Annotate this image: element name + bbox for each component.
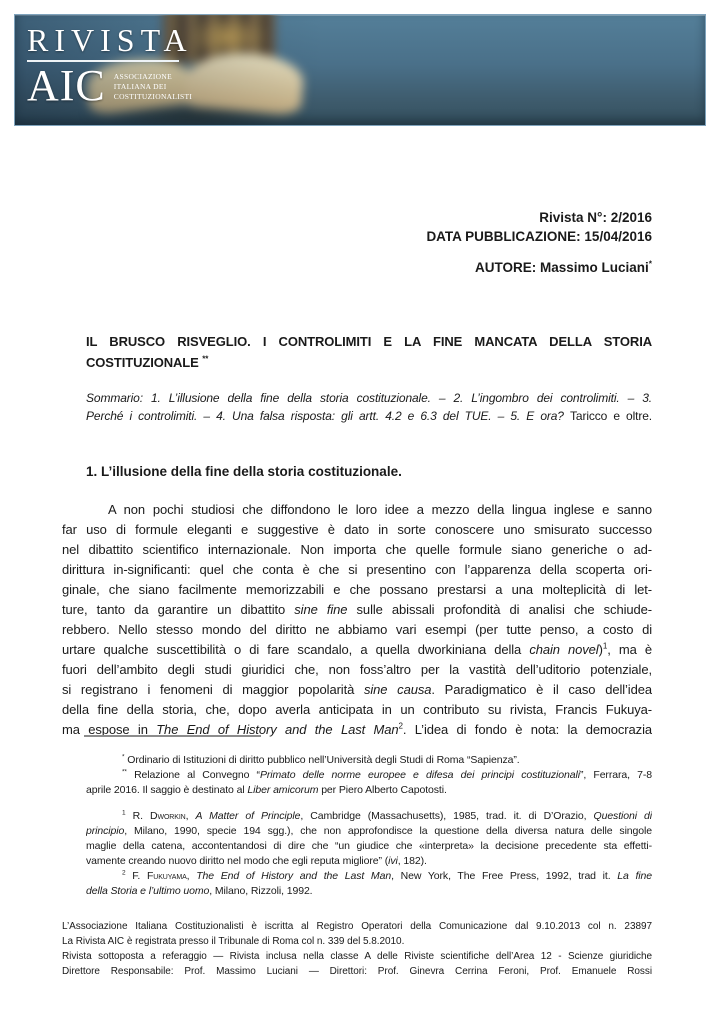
issue-number: Rivista N°: 2/2016 [62,208,652,227]
logo-association-name: ASSOCIAZIONE ITALIANA DEI COSTITUZIONALI… [114,72,192,102]
text-segment: Questioni di [594,810,652,822]
text-segment: Liber amicorum [247,784,318,796]
text-line: * Ordinario di Istituzioni di diritto pu… [86,753,652,768]
text-line: L’Associazione Italiana Costituzionalist… [62,919,652,934]
logo-row: AIC ASSOCIAZIONE ITALIANA DEI COSTITUZIO… [27,66,193,106]
publication-date: DATA PUBBLICAZIONE: 15/04/2016 [62,227,652,246]
text-line: si registrano i fenomeni di maggior popo… [62,680,652,700]
text-segment: principio [86,825,124,837]
text-segment: ginale, che siano facilmente memorizzabi… [62,582,652,597]
text-segment: nel dibattito scientifico internazionale… [62,542,652,557]
logo-journal-name: RIVISTA [27,23,193,57]
logo-acronym: AIC [27,66,106,106]
text-line: maglie della catena, accontentandosi di … [86,839,652,854]
journal-banner: RIVISTA AIC ASSOCIAZIONE ITALIANA DEI CO… [14,14,706,126]
footnote-double-star: ** Relazione al Convegno “Primato delle … [86,768,652,798]
association-line: COSTITUZIONALISTI [114,92,192,102]
text-segment: R. [126,810,150,822]
document-page: RIVISTA AIC ASSOCIAZIONE ITALIANA DEI CO… [0,0,724,1024]
text-line: Sommario: 1. L’illusione della fine dell… [86,389,652,407]
text-line: ma espose in The End of History and the … [62,720,652,740]
text-line: 1 R. Dworkin, A Matter of Principle, Cam… [86,809,652,824]
text-line: IL BRUSCO RISVEGLIO. I CONTROLIMITI E LA… [86,331,652,352]
footnote-separator [84,735,261,737]
text-segment: The End of History and the Last Man [196,870,391,882]
text-line: Rivista sottoposta a referaggio — Rivist… [62,949,652,964]
text-segment: , [187,870,197,882]
association-line: ITALIANA DEI [114,82,192,92]
text-segment: far uso di formule eleganti e suggestive… [62,522,652,537]
text-segment: dirittura in-significanti: quel che cont… [62,562,652,577]
text-segment: , 182). [398,855,427,867]
text-segment: ture, tanto da garantire un dibattito [62,602,294,617]
text-segment: Fukuyama [147,870,187,882]
text-segment: , [186,810,196,822]
text-segment: A Matter of Principle [196,810,301,822]
text-line: della fine della storia, che, dopo averl… [62,700,652,720]
text-line: ture, tanto da garantire un dibattito si… [62,600,652,620]
text-segment: , ma è [607,642,652,657]
association-line: ASSOCIAZIONE [114,72,192,82]
journal-logo: RIVISTA AIC ASSOCIAZIONE ITALIANA DEI CO… [27,23,193,106]
text-segment: ”, Ferrara, 7-8 [580,769,652,781]
section-heading: 1. L’illusione della fine della storia c… [86,463,652,480]
text-segment: Dworkin [150,810,186,822]
text-segment: L’Associazione Italiana Costituzionalist… [62,921,652,932]
text-segment: Taricco e oltre. [570,409,652,423]
text-segment: La Rivista AIC è registrata presso il Tr… [62,936,404,947]
text-line: della Storia e l’ultimo uomo, Milano, Ri… [86,884,652,899]
text-segment: , Milano, 1990, specie 194 sgg.), che no… [124,825,652,837]
text-line: nel dibattito scientifico internazionale… [62,540,652,560]
text-segment: aprile 2016. Il saggio è destinato al [86,784,247,796]
text-segment: urtare qualche suscettibilità o di fare … [62,642,529,657]
text-segment: chain novel [529,642,598,657]
text-segment: si registrano i fenomeni di maggior popo… [62,682,364,697]
text-segment: Sommario: 1. L’illusione della fine dell… [86,391,652,405]
text-segment: , Milano, Rizzoli, 1992. [209,885,312,897]
text-segment: della fine della storia, che, dopo averl… [62,702,652,717]
text-segment: Perché i controlimiti. – 4. Una falsa ri… [86,409,570,423]
text-line: aprile 2016. Il saggio è destinato al Li… [86,783,652,798]
text-segment: sulle abissali profondità di analisi che… [347,602,652,617]
text-segment: La fine [617,870,652,882]
text-segment: sine fine [294,602,347,617]
author-footnote-mark: * [649,259,652,269]
text-line: ** Relazione al Convegno “Primato delle … [86,768,652,783]
text-segment: ** [202,355,208,364]
text-segment: . L’idea di fondo è nota: la democrazia [403,722,652,737]
footnote-1: 1 R. Dworkin, A Matter of Principle, Cam… [86,809,652,869]
text-line: A non pochi studiosi che diffondono le l… [62,500,652,520]
text-line: principio, Milano, 1990, specie 194 sgg.… [86,824,652,839]
text-segment: Relazione al Convegno “ [127,769,260,781]
text-segment: per Piero Alberto Capotosti. [318,784,446,796]
issue-metadata: Rivista N°: 2/2016 DATA PUBBLICAZIONE: 1… [62,208,652,277]
text-segment: IL BRUSCO RISVEGLIO. I CONTROLIMITI E LA… [86,334,652,349]
text-line: ginale, che siano facilmente memorizzabi… [62,580,652,600]
text-segment: vamente creando nuovo diritto nel modo c… [86,855,388,867]
text-segment: della Storia e l’ultimo uomo [86,885,209,897]
text-segment: Primato delle norme europee e difesa dei… [260,769,580,781]
text-line: vamente creando nuovo diritto nel modo c… [86,854,652,869]
article-title: IL BRUSCO RISVEGLIO. I CONTROLIMITI E LA… [86,331,652,373]
text-line: Direttore Responsabile: Prof. Massimo Lu… [62,964,652,979]
text-segment: Ordinario di Istituzioni di diritto pubb… [124,754,519,766]
page-footer: L’Associazione Italiana Costituzionalist… [62,919,652,979]
text-segment: rebbero. Nello stesso mondo del diritto … [62,622,652,637]
text-segment: maglie della catena, accontentandosi di … [86,840,652,852]
text-segment: Direttore Responsabile: Prof. Massimo Lu… [62,966,652,977]
text-line: rebbero. Nello stesso mondo del diritto … [62,620,652,640]
text-line: La Rivista AIC è registrata presso il Tr… [62,934,652,949]
text-line: far uso di formule eleganti e suggestive… [62,520,652,540]
text-segment: sine causa [364,682,431,697]
text-segment: fuori dell’ambito degli studi giuridici … [62,662,652,677]
text-line: dirittura in-significanti: quel che cont… [62,560,652,580]
text-segment: , New York, The Free Press, 1992, trad i… [391,870,617,882]
footnotes: * Ordinario di Istituzioni di diritto pu… [86,753,652,899]
text-segment: COSTITUZIONALE [86,355,202,370]
text-segment: F. [126,870,147,882]
text-line: 2 F. Fukuyama, The End of History and th… [86,869,652,884]
text-segment: Rivista sottoposta a referaggio — Rivist… [62,951,652,962]
author-line: AUTORE: Massimo Luciani* [62,258,652,277]
footnote-2: 2 F. Fukuyama, The End of History and th… [86,869,652,899]
sommario: Sommario: 1. L’illusione della fine dell… [86,389,652,425]
text-segment: A non pochi studiosi che diffondono le l… [108,502,652,517]
author-label: AUTORE: Massimo Luciani [475,260,649,275]
text-segment: . Paradigmatico è il caso dell’idea [431,682,652,697]
text-line: urtare qualche suscettibilità o di fare … [62,640,652,660]
text-segment: , Cambridge (Massachusetts), 1985, trad.… [300,810,593,822]
text-line: fuori dell’ambito degli studi giuridici … [62,660,652,680]
footnote-star: * Ordinario di Istituzioni di diritto pu… [86,753,652,768]
text-line: Perché i controlimiti. – 4. Una falsa ri… [86,407,652,425]
text-line: COSTITUZIONALE ** [86,352,652,373]
footnote-gap [86,798,652,809]
body-paragraph: A non pochi studiosi che diffondono le l… [62,500,652,740]
text-segment: ivi [388,855,398,867]
